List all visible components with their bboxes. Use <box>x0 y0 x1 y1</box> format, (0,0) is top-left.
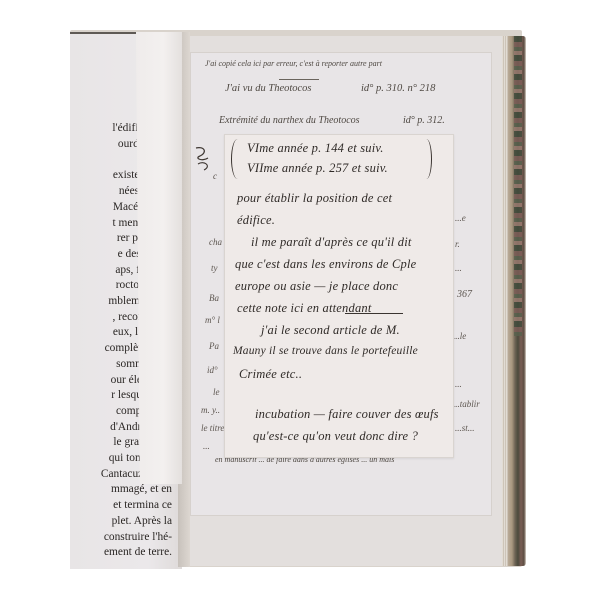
note-line: j'ai le second article de M. <box>261 323 400 338</box>
manuscript-line-2-reference: id° p. 312. <box>403 115 445 126</box>
small-handwritten-note: VIme année p. 144 et suiv. VIIme année p… <box>224 134 454 458</box>
margin-fragment: ... <box>455 379 462 389</box>
margin-fragment: ... <box>203 441 210 451</box>
printed-line: ement de terre. <box>70 545 182 561</box>
bracket-line-2: VIIme année p. 257 et suiv. <box>247 161 388 176</box>
manuscript-line-2: Extrémité du narthex du Theotocos <box>219 115 360 126</box>
printed-line: mmagé, et en <box>70 482 182 498</box>
printed-line: construire l'hé- <box>70 530 182 546</box>
margin-fragment: ...e <box>455 213 466 223</box>
note-line: que c'est dans les environs de Cple <box>235 257 416 272</box>
margin-fragment: ... <box>455 263 462 273</box>
margin-fragment: le titre <box>201 423 224 433</box>
margin-fragment: r. <box>455 239 460 249</box>
printed-line: plet. Après la <box>70 514 182 530</box>
close-bracket <box>421 139 432 179</box>
margin-fragment: m° l <box>205 315 220 325</box>
manuscript-line-1-reference: id° p. 310. n° 218 <box>361 83 435 94</box>
margin-fragment: le <box>213 387 220 397</box>
bracket-line-1: VIme année p. 144 et suiv. <box>247 141 384 156</box>
manuscript-header-line: J'ai copié cela ici par erreur, c'est à … <box>205 59 382 68</box>
note-line: Mauny il se trouve dans le portefeuille <box>233 345 418 357</box>
note-line: Crimée etc.. <box>239 367 302 382</box>
note-line: il me paraît d'après ce qu'il dit <box>251 235 412 250</box>
note-line: édifice. <box>237 213 275 228</box>
note-footer-line: incubation — faire couver des œufs <box>255 407 439 422</box>
margin-fragment: Ba <box>209 293 219 303</box>
margin-fragment: ...le <box>453 331 466 341</box>
margin-fragment: Pa <box>209 341 219 351</box>
folded-guard-strip <box>136 32 182 484</box>
pen-scribble-icon <box>192 144 222 174</box>
underline-rule <box>279 79 319 80</box>
marbled-cover-edge <box>508 36 526 566</box>
margin-fragment: ...tablir <box>453 399 480 409</box>
margin-fragment: ...st... <box>455 423 475 433</box>
margin-fragment: m. y.. <box>201 405 220 415</box>
manuscript-line-1: J'ai vu du Theotocos <box>225 83 312 94</box>
margin-fragment: cha <box>209 237 222 247</box>
note-line: pour établir la position de cet <box>237 191 392 206</box>
margin-fragment: id° <box>207 365 218 375</box>
note-footer-line: qu'est-ce qu'on veut donc dire ? <box>253 429 418 444</box>
open-bracket <box>231 139 244 179</box>
note-line: europe ou asie — je place donc <box>235 279 398 294</box>
printed-line: et termina ce <box>70 498 182 514</box>
margin-fragment: 367 <box>457 289 472 300</box>
margin-fragment: ty <box>211 263 218 273</box>
underline-stroke <box>345 313 403 314</box>
